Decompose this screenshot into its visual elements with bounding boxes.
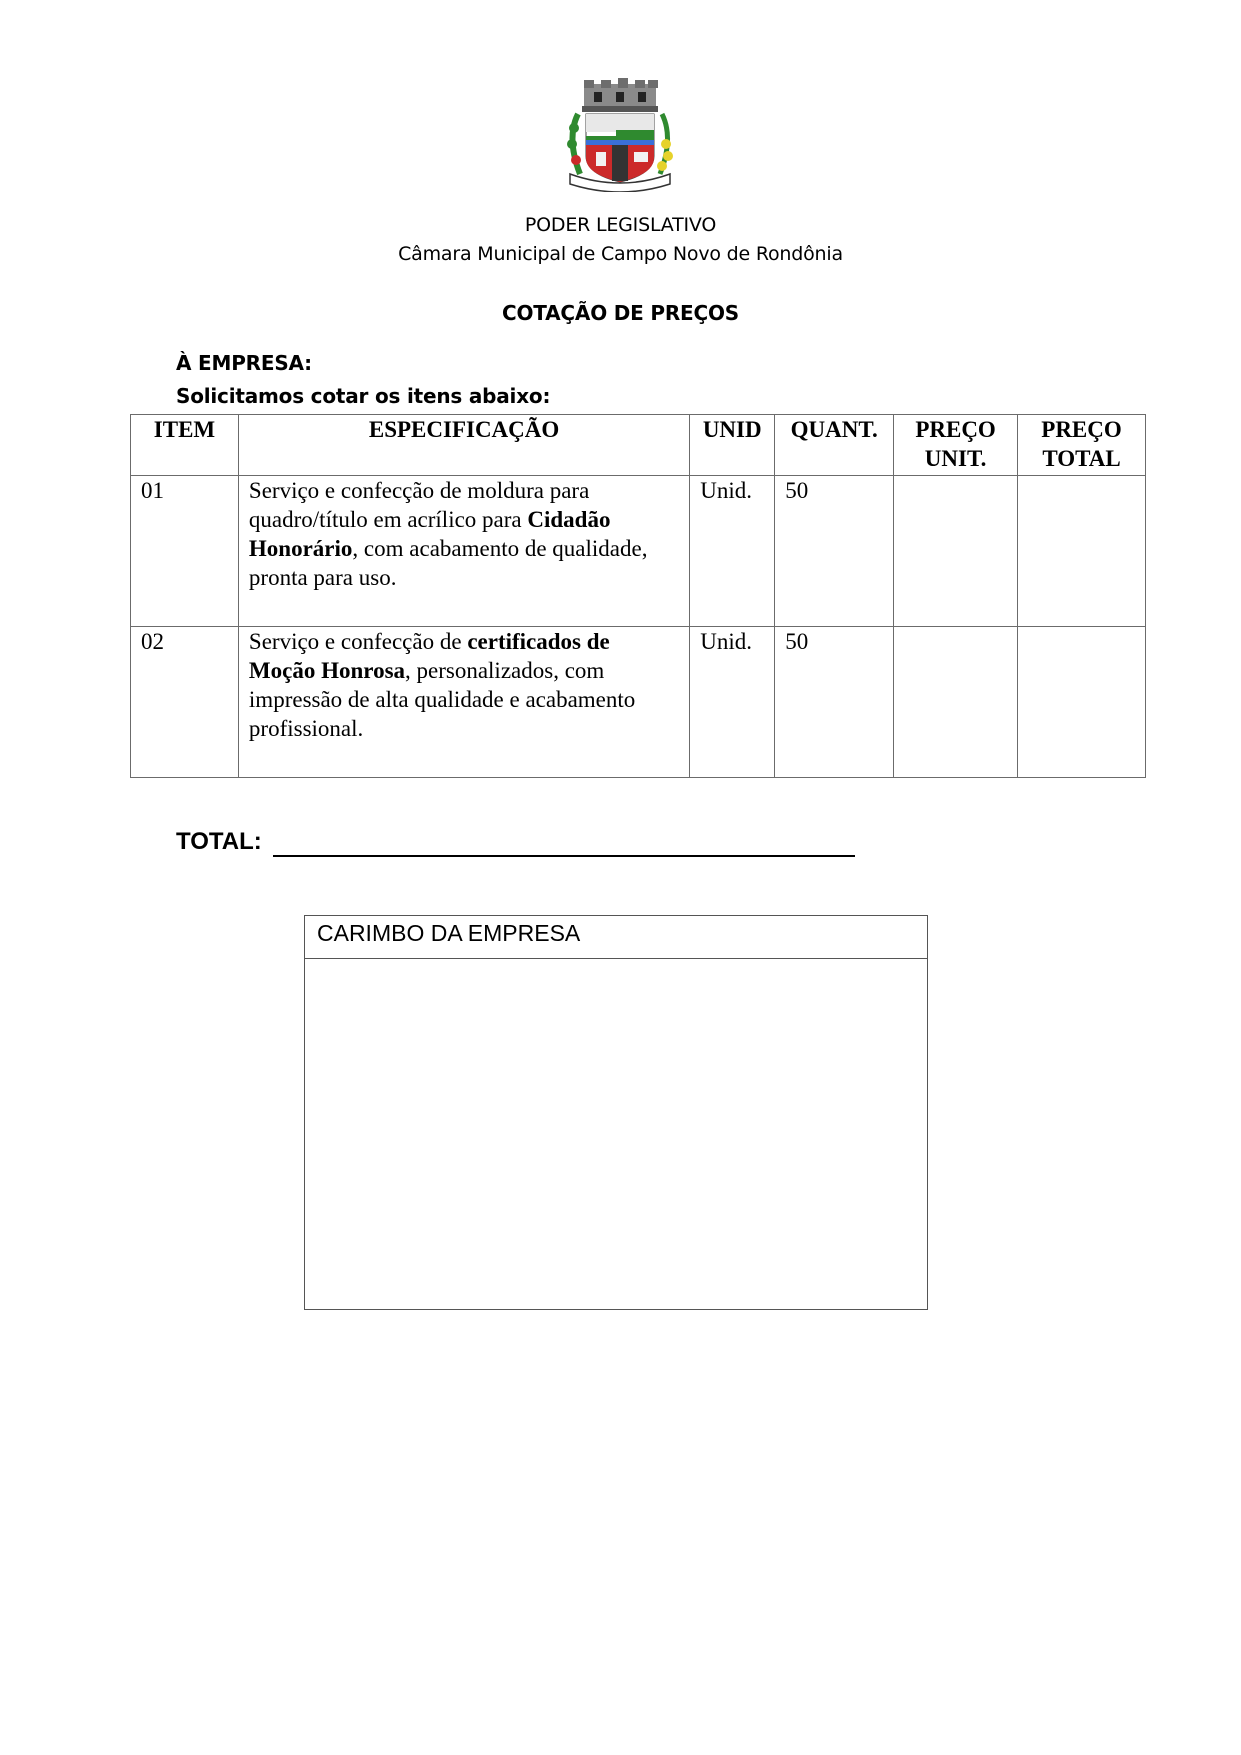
cell-quantity: 50 xyxy=(775,627,894,778)
column-header-unit: UNID xyxy=(690,415,775,476)
cell-total-price[interactable] xyxy=(1018,627,1146,778)
cell-quantity: 50 xyxy=(775,476,894,627)
stamp-area[interactable] xyxy=(305,960,927,1309)
cell-unit: Unid. xyxy=(690,476,775,627)
quote-table: ITEM ESPECIFICAÇÃO UNID QUANT. PREÇOUNIT… xyxy=(130,414,1146,778)
cell-specification: Serviço e confecção de certificados de M… xyxy=(238,627,689,778)
table-row: 02 Serviço e confecção de certificados d… xyxy=(131,627,1146,778)
stamp-divider xyxy=(305,958,927,959)
total-label: TOTAL: xyxy=(176,828,262,856)
column-header-quantity: QUANT. xyxy=(775,415,894,476)
cell-item: 02 xyxy=(131,627,239,778)
cell-total-price[interactable] xyxy=(1018,476,1146,627)
column-header-total-price: PREÇOTOTAL xyxy=(1018,415,1146,476)
cell-unit-price[interactable] xyxy=(894,627,1018,778)
company-stamp-box: CARIMBO DA EMPRESA xyxy=(304,915,928,1310)
column-header-item: ITEM xyxy=(131,415,239,476)
to-company-label: À EMPRESA: xyxy=(176,351,312,375)
table-header-row: ITEM ESPECIFICAÇÃO UNID QUANT. PREÇOUNIT… xyxy=(131,415,1146,476)
column-header-specification: ESPECIFICAÇÃO xyxy=(238,415,689,476)
header-chamber: Câmara Municipal de Campo Novo de Rondôn… xyxy=(0,243,1241,265)
header-power: PODER LEGISLATIVO xyxy=(0,214,1241,236)
request-text: Solicitamos cotar os itens abaixo: xyxy=(176,384,550,408)
spec-text: Serviço e confecção de xyxy=(249,629,467,654)
document-title: COTAÇÃO DE PREÇOS xyxy=(0,301,1241,325)
cell-unit: Unid. xyxy=(690,627,775,778)
cell-specification: Serviço e confecção de moldura para quad… xyxy=(238,476,689,627)
cell-item: 01 xyxy=(131,476,239,627)
stamp-label: CARIMBO DA EMPRESA xyxy=(317,920,580,947)
coat-of-arms-icon xyxy=(556,78,684,192)
table-row: 01 Serviço e confecção de moldura para q… xyxy=(131,476,1146,627)
cell-unit-price[interactable] xyxy=(894,476,1018,627)
total-fill-line[interactable] xyxy=(273,855,855,857)
column-header-unit-price: PREÇOUNIT. xyxy=(894,415,1018,476)
